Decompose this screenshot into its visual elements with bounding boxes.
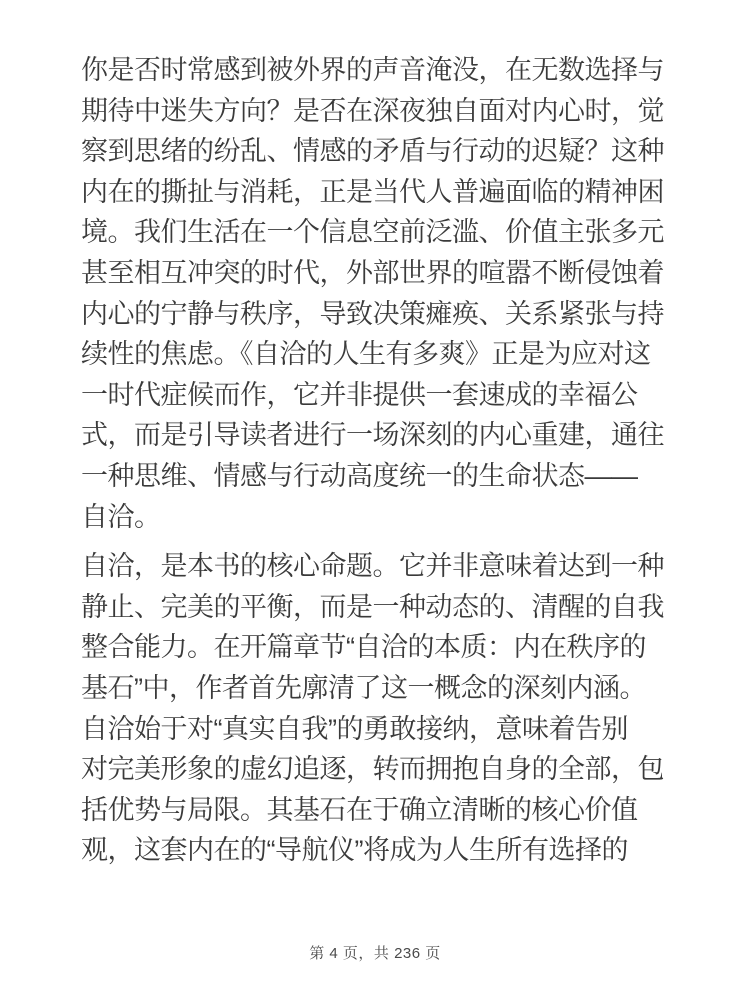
text-line: 自洽，是本书的核心命题。它并非意味着达到一种 xyxy=(81,546,681,587)
page-indicator: 第 4 页，共 236 页 xyxy=(0,944,750,964)
text-line: 察到思绪的纷乱、情感的矛盾与行动的迟疑？这种 xyxy=(81,131,681,172)
text-line: 观，这套内在的“导航仪”将成为人生所有选择的 xyxy=(81,830,681,871)
text-line: 对完美形象的虚幻追逐，转而拥抱自身的全部，包 xyxy=(81,749,681,790)
text-line: 甚至相互冲突的时代，外部世界的喧嚣不断侵蚀着 xyxy=(81,253,681,294)
text-line: 内在的撕扯与消耗，正是当代人普遍面临的精神困 xyxy=(81,172,681,213)
text-line: 自洽。 xyxy=(81,497,681,538)
text-line: 续性的焦虑。《自洽的人生有多爽》正是为应对这 xyxy=(81,334,681,375)
text-line: 期待中迷失方向？是否在深夜独自面对内心时，觉 xyxy=(81,91,681,132)
text-line: 你是否时常感到被外界的声音淹没，在无数选择与 xyxy=(81,50,681,91)
text-line: 内心的宁静与秩序，导致决策瘫痪、关系紧张与持 xyxy=(81,294,681,335)
text-line: 式，而是引导读者进行一场深刻的内心重建，通往 xyxy=(81,415,681,456)
paragraph-1: 你是否时常感到被外界的声音淹没，在无数选择与 期待中迷失方向？是否在深夜独自面对… xyxy=(81,50,681,537)
page-text: 你是否时常感到被外界的声音淹没，在无数选择与 期待中迷失方向？是否在深夜独自面对… xyxy=(81,50,681,871)
text-line: 基石”中，作者首先廓清了这一概念的深刻内涵。 xyxy=(81,668,681,709)
text-line: 境。我们生活在一个信息空前泛滥、价值主张多元 xyxy=(81,212,681,253)
text-line: 一时代症候而作，它并非提供一套速成的幸福公 xyxy=(81,375,681,416)
text-line: 一种思维、情感与行动高度统一的生命状态—— xyxy=(81,456,681,497)
paragraph-2: 自洽，是本书的核心命题。它并非意味着达到一种 静止、完美的平衡，而是一种动态的、… xyxy=(81,546,681,871)
document-page: 你是否时常感到被外界的声音淹没，在无数选择与 期待中迷失方向？是否在深夜独自面对… xyxy=(0,0,750,1000)
text-line: 静止、完美的平衡，而是一种动态的、清醒的自我 xyxy=(81,587,681,628)
text-line: 括优势与局限。其基石在于确立清晰的核心价值 xyxy=(81,790,681,831)
text-line: 整合能力。在开篇章节“自洽的本质：内在秩序的 xyxy=(81,627,681,668)
text-line: 自洽始于对“真实自我”的勇敢接纳，意味着告别 xyxy=(81,709,681,750)
